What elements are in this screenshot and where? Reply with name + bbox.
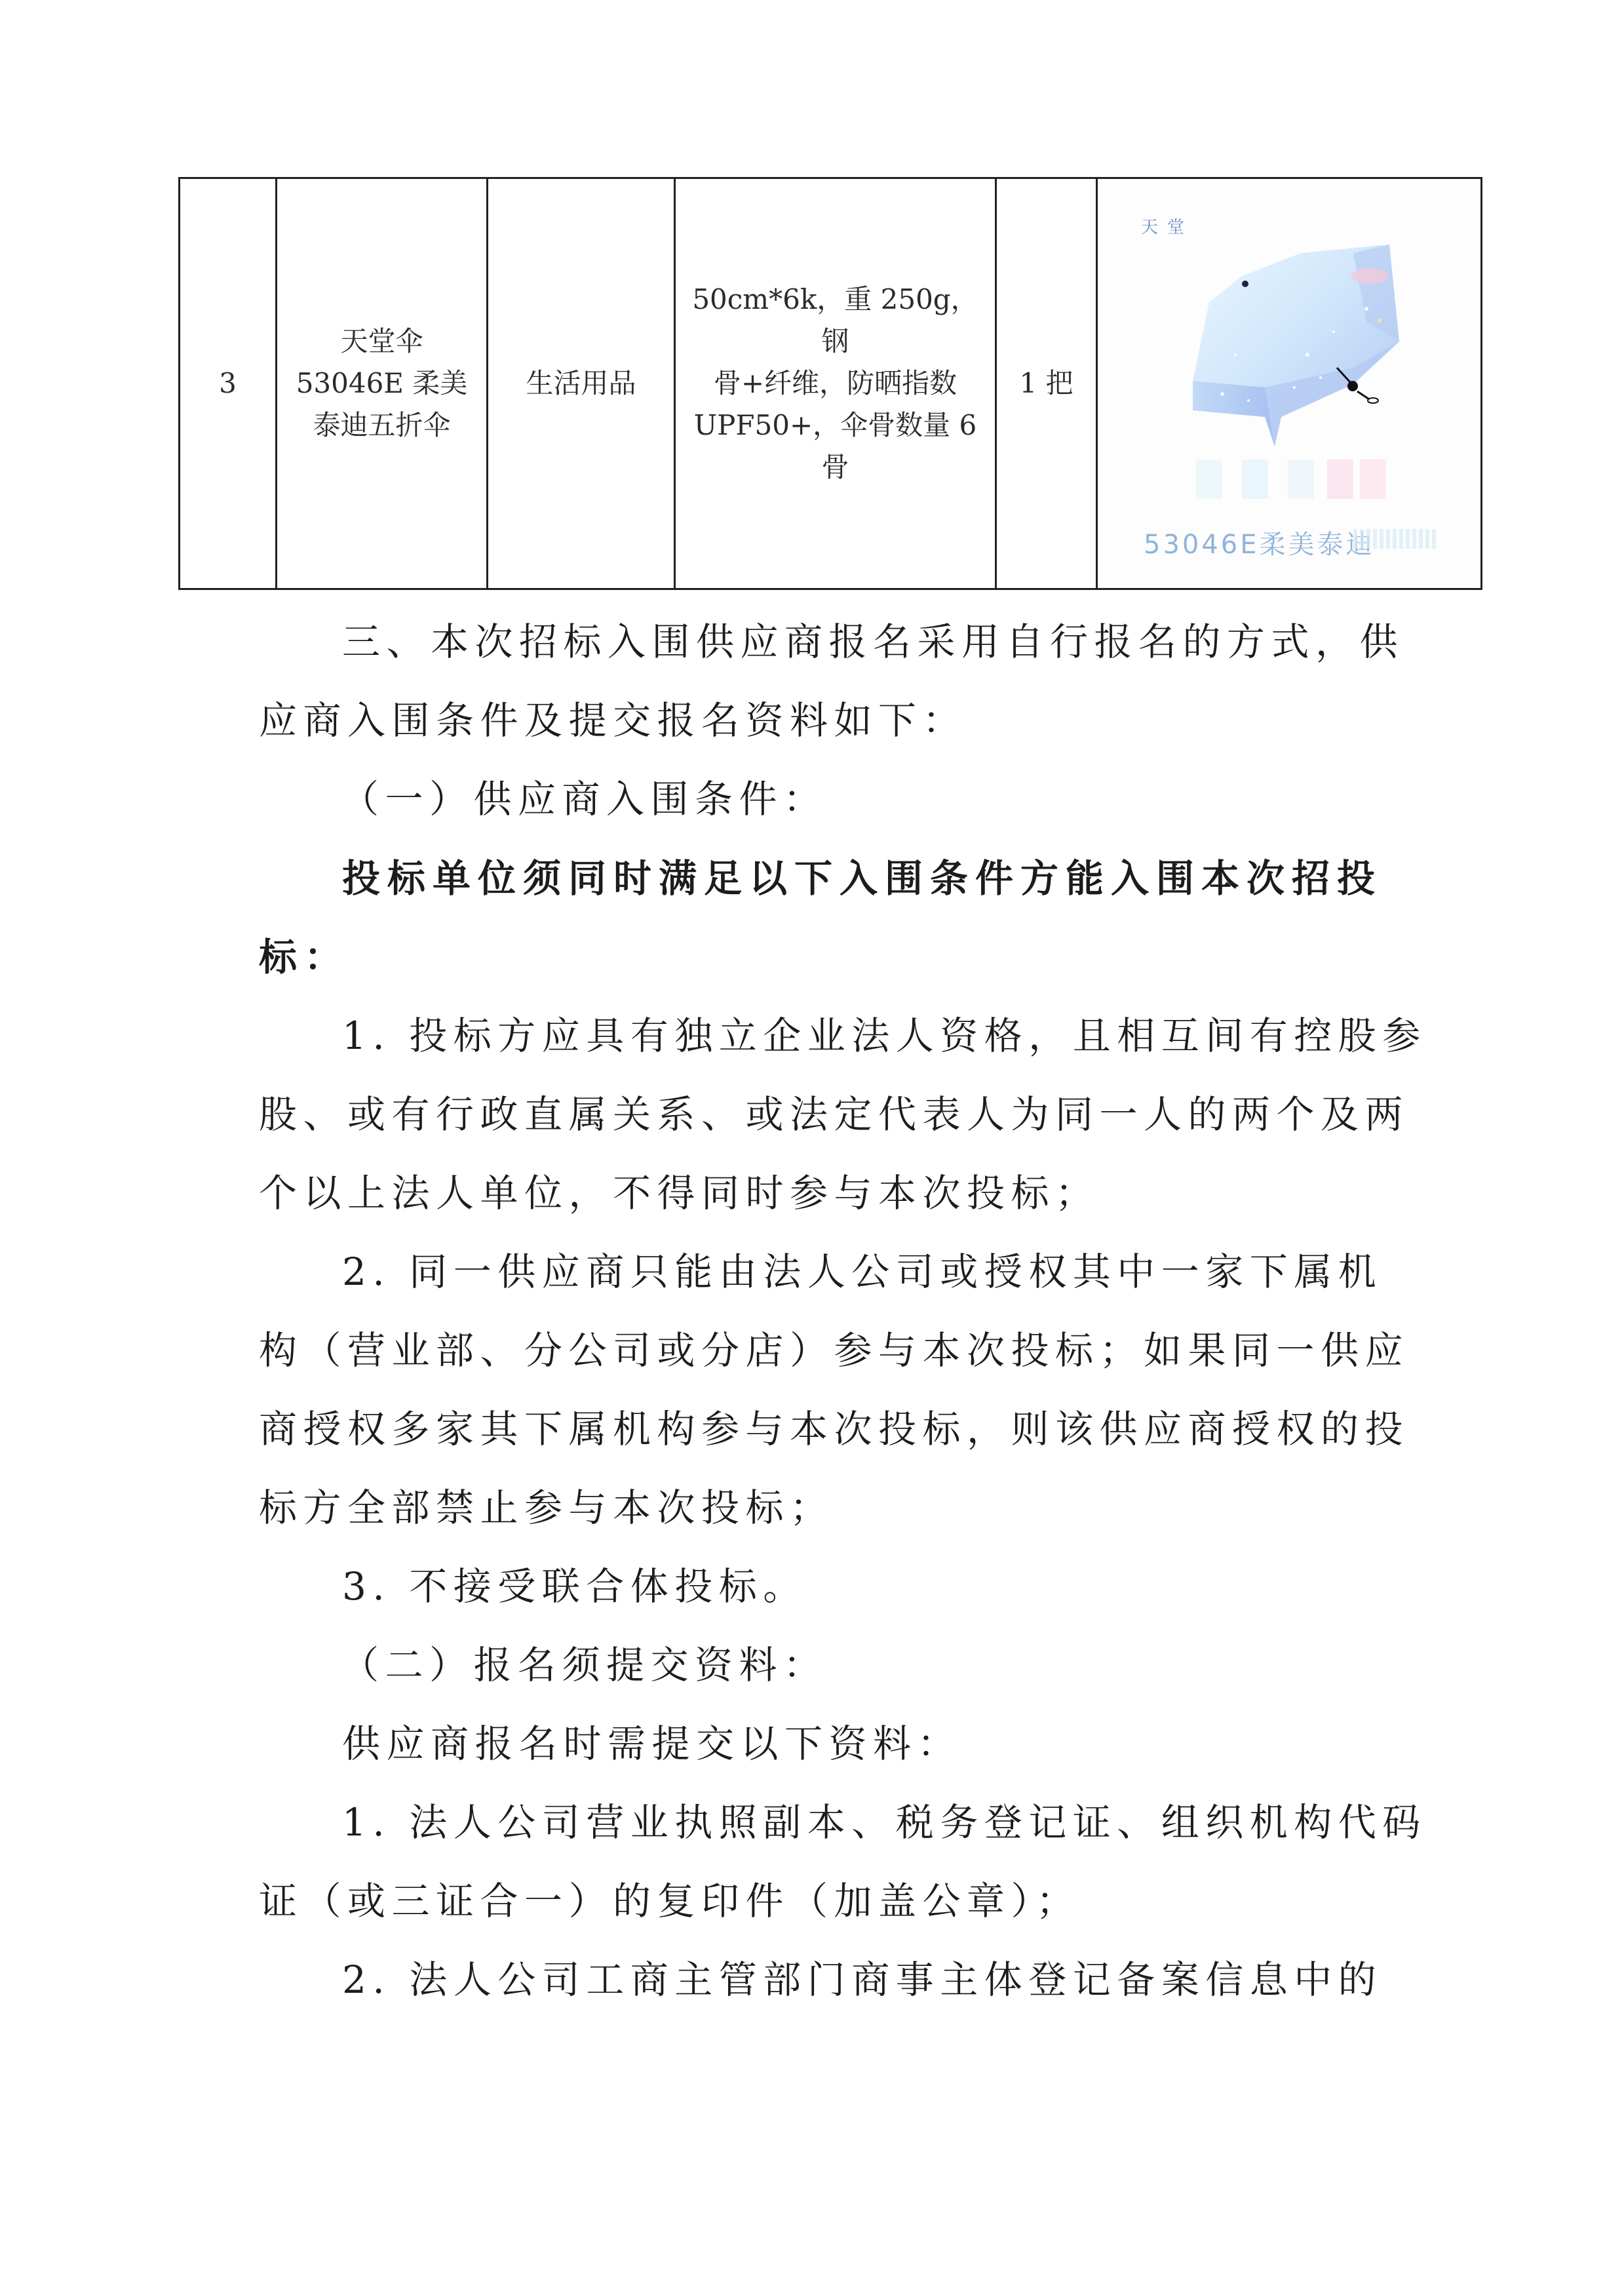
subsection-2-title: （二）报名须提交资料： bbox=[341, 1642, 828, 1688]
document-2: 2. 法人公司工商主管部门商事主体登记备案信息中的 bbox=[342, 1957, 1382, 2003]
row-index-cell: 3 bbox=[180, 179, 277, 588]
umbrella-icon bbox=[1117, 191, 1458, 473]
condition-3: 3. 不接受联合体投标。 bbox=[342, 1563, 807, 1609]
category-cell: 生活用品 bbox=[488, 179, 676, 588]
product-name-line: 天堂伞 bbox=[296, 321, 468, 363]
condition-1-cont: 个以上法人单位，不得同时参与本次投标； bbox=[259, 1170, 1100, 1216]
condition-1: 1. 投标方应具有独立企业法人资格，且相互间有控股参 bbox=[342, 1013, 1427, 1059]
image-caption: 53046E柔美泰迪 bbox=[1144, 524, 1375, 566]
product-spec: 50cm*6k，重 250g，钢 骨+纤维，防晒指数 UPF50+，伞骨数量 6… bbox=[685, 279, 986, 488]
row-index: 3 bbox=[219, 363, 237, 404]
quantity-cell: 1 把 bbox=[997, 179, 1098, 588]
bold-requirement-cont: 标： bbox=[259, 934, 349, 980]
product-category: 生活用品 bbox=[526, 363, 636, 404]
spec-line: 50cm*6k，重 250g，钢 bbox=[685, 279, 986, 363]
condition-2-cont: 构（营业部、分公司或分店）参与本次投标；如果同一供应 bbox=[259, 1327, 1409, 1373]
product-image-cell: 天堂 bbox=[1098, 179, 1480, 588]
condition-1-cont: 股、或有行政直属关系、或法定代表人为同一人的两个及两 bbox=[259, 1091, 1409, 1137]
condition-2-cont: 标方全部禁止参与本次投标； bbox=[259, 1485, 834, 1531]
condition-2: 2. 同一供应商只能由法人公司或授权其中一家下属机 bbox=[342, 1249, 1382, 1295]
image-fine-print bbox=[1353, 529, 1439, 549]
product-name-line: 泰迪五折伞 bbox=[296, 404, 468, 446]
document-page: 3 天堂伞 53046E 柔美 泰迪五折伞 生活用品 50cm*6k，重 250… bbox=[0, 0, 1624, 2295]
spec-line: UPF50+，伞骨数量 6 bbox=[685, 404, 986, 446]
product-name-line: 53046E 柔美 bbox=[296, 363, 468, 404]
bold-requirement: 投标单位须同时满足以下入围条件方能入围本次招投 bbox=[342, 855, 1382, 901]
spec-line: 骨 bbox=[685, 446, 986, 488]
product-name-cell: 天堂伞 53046E 柔美 泰迪五折伞 bbox=[277, 179, 488, 588]
subsection-1-title: （一）供应商入围条件： bbox=[341, 776, 828, 822]
document-1-cont: 证（或三证合一）的复印件（加盖公章）； bbox=[259, 1878, 1081, 1924]
product-quantity: 1 把 bbox=[1019, 363, 1073, 404]
image-decorative-bars bbox=[1196, 460, 1386, 499]
product-table: 3 天堂伞 53046E 柔美 泰迪五折伞 生活用品 50cm*6k，重 250… bbox=[178, 177, 1482, 590]
section-3-paragraph-cont: 应商入围条件及提交报名资料如下： bbox=[259, 697, 967, 743]
spec-line: 骨+纤维，防晒指数 bbox=[685, 363, 986, 404]
section-3-paragraph: 三、本次招标入围供应商报名采用自行报名的方式，供 bbox=[342, 619, 1404, 665]
document-1: 1. 法人公司营业执照副本、税务登记证、组织机构代码 bbox=[342, 1799, 1427, 1845]
spec-cell: 50cm*6k，重 250g，钢 骨+纤维，防晒指数 UPF50+，伞骨数量 6… bbox=[676, 179, 997, 588]
umbrella-image: 天堂 bbox=[1117, 191, 1458, 578]
subsection-2-intro: 供应商报名时需提交以下资料： bbox=[342, 1721, 961, 1767]
product-name: 天堂伞 53046E 柔美 泰迪五折伞 bbox=[296, 321, 468, 446]
condition-2-cont: 商授权多家其下属机构参与本次投标，则该供应商授权的投 bbox=[259, 1406, 1409, 1452]
